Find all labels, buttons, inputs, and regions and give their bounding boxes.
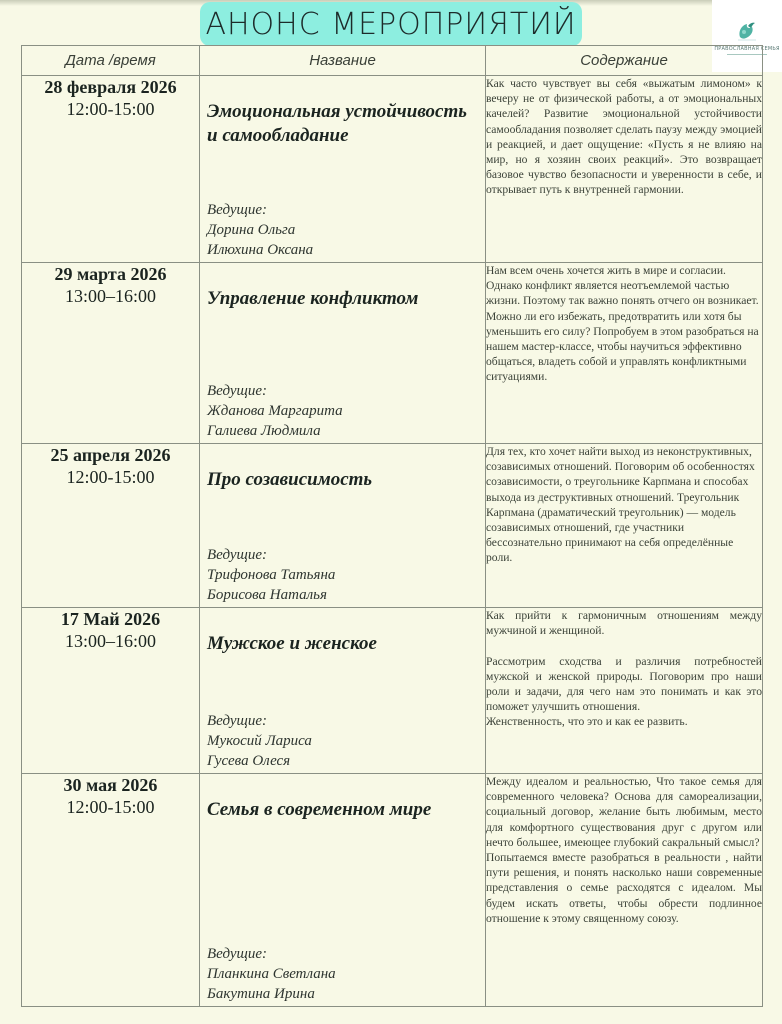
leaf-bird-icon: [734, 21, 760, 43]
event-name-cell: Семья в современном мире Ведущие: Планки…: [200, 774, 486, 1007]
event-date: 28 февраля 2026: [22, 76, 199, 98]
host-name: Мукосий Лариса: [207, 731, 312, 751]
event-description-cell: Нам всем очень хочется жить в мире и сог…: [486, 263, 763, 444]
event-description: Для тех, кто хочет найти выход из неконс…: [486, 444, 762, 566]
event-hosts: Ведущие: Трифонова Татьяна Борисова Ната…: [207, 545, 335, 605]
host-name: Бакутина Ирина: [207, 984, 336, 1004]
event-time: 13:00–16:00: [22, 285, 199, 307]
event-time: 12:00-15:00: [22, 466, 199, 488]
table-header-row: Дата /время Название Содержание: [22, 46, 763, 76]
event-description: Между идеалом и реальностью, Что такое с…: [486, 774, 762, 926]
hosts-label: Ведущие:: [207, 944, 336, 964]
event-date-cell: 29 марта 2026 13:00–16:00: [22, 263, 200, 444]
host-name: Жданова Маргарита: [207, 401, 343, 421]
table-row: 28 февраля 2026 12:00-15:00 Эмоциональна…: [22, 76, 763, 263]
event-name-cell: Про созависимость Ведущие: Трифонова Тат…: [200, 444, 486, 608]
host-name: Трифонова Татьяна: [207, 565, 335, 585]
host-name: Борисова Наталья: [207, 585, 335, 605]
event-description-cell: Как часто чувствует вы себя «выжатым лим…: [486, 76, 763, 263]
events-table: Дата /время Название Содержание 28 февра…: [21, 45, 763, 1007]
event-title: Эмоциональная устойчивость и самообладан…: [207, 100, 479, 148]
host-name: Илюхина Оксана: [207, 240, 313, 260]
event-date-cell: 28 февраля 2026 12:00-15:00: [22, 76, 200, 263]
event-hosts: Ведущие: Дорина Ольга Илюхина Оксана: [207, 200, 313, 260]
column-header-content: Содержание: [486, 46, 763, 76]
column-header-title: Название: [200, 46, 486, 76]
event-description-cell: Между идеалом и реальностью, Что такое с…: [486, 774, 763, 1007]
event-description: Как часто чувствует вы себя «выжатым лим…: [486, 76, 762, 198]
event-date: 29 марта 2026: [22, 263, 199, 285]
event-title: Про созависимость: [207, 468, 479, 492]
event-time: 12:00-15:00: [22, 796, 199, 818]
table-row: 25 апреля 2026 12:00-15:00 Про созависим…: [22, 444, 763, 608]
host-name: Галиева Людмила: [207, 421, 343, 441]
event-time: 13:00–16:00: [22, 630, 199, 652]
event-date: 17 Май 2026: [22, 608, 199, 630]
hosts-label: Ведущие:: [207, 381, 343, 401]
host-name: Гусева Олеся: [207, 751, 312, 771]
host-name: Дорина Ольга: [207, 220, 313, 240]
event-time: 12:00-15:00: [22, 98, 199, 120]
event-hosts: Ведущие: Жданова Маргарита Галиева Людми…: [207, 381, 343, 441]
event-name-cell: Эмоциональная устойчивость и самообладан…: [200, 76, 486, 263]
host-name: Планкина Светлана: [207, 964, 336, 984]
page-title: АНОНС МЕРОПРИЯТИЙ: [200, 2, 582, 46]
event-title: Семья в современном мире: [207, 798, 479, 822]
event-description: Нам всем очень хочется жить в мире и сог…: [486, 263, 762, 385]
table-row: 17 Май 2026 13:00–16:00 Мужское и женско…: [22, 608, 763, 774]
event-title: Мужское и женское: [207, 632, 479, 656]
event-hosts: Ведущие: Мукосий Лариса Гусева Олеся: [207, 711, 312, 771]
event-description: Как прийти к гармоничным отношениям межд…: [486, 608, 762, 730]
event-date-cell: 17 Май 2026 13:00–16:00: [22, 608, 200, 774]
table-row: 30 мая 2026 12:00-15:00 Семья в современ…: [22, 774, 763, 1007]
event-date: 30 мая 2026: [22, 774, 199, 796]
event-date-cell: 25 апреля 2026 12:00-15:00: [22, 444, 200, 608]
event-hosts: Ведущие: Планкина Светлана Бакутина Ирин…: [207, 944, 336, 1004]
event-date: 25 апреля 2026: [22, 444, 199, 466]
table-row: 29 марта 2026 13:00–16:00 Управление кон…: [22, 263, 763, 444]
event-name-cell: Управление конфликтом Ведущие: Жданова М…: [200, 263, 486, 444]
event-description-cell: Как прийти к гармоничным отношениям межд…: [486, 608, 763, 774]
column-header-date: Дата /время: [22, 46, 200, 76]
event-date-cell: 30 мая 2026 12:00-15:00: [22, 774, 200, 1007]
hosts-label: Ведущие:: [207, 711, 312, 731]
event-title: Управление конфликтом: [207, 287, 479, 311]
event-name-cell: Мужское и женское Ведущие: Мукосий Ларис…: [200, 608, 486, 774]
hosts-label: Ведущие:: [207, 545, 335, 565]
hosts-label: Ведущие:: [207, 200, 313, 220]
event-description-cell: Для тех, кто хочет найти выход из неконс…: [486, 444, 763, 608]
